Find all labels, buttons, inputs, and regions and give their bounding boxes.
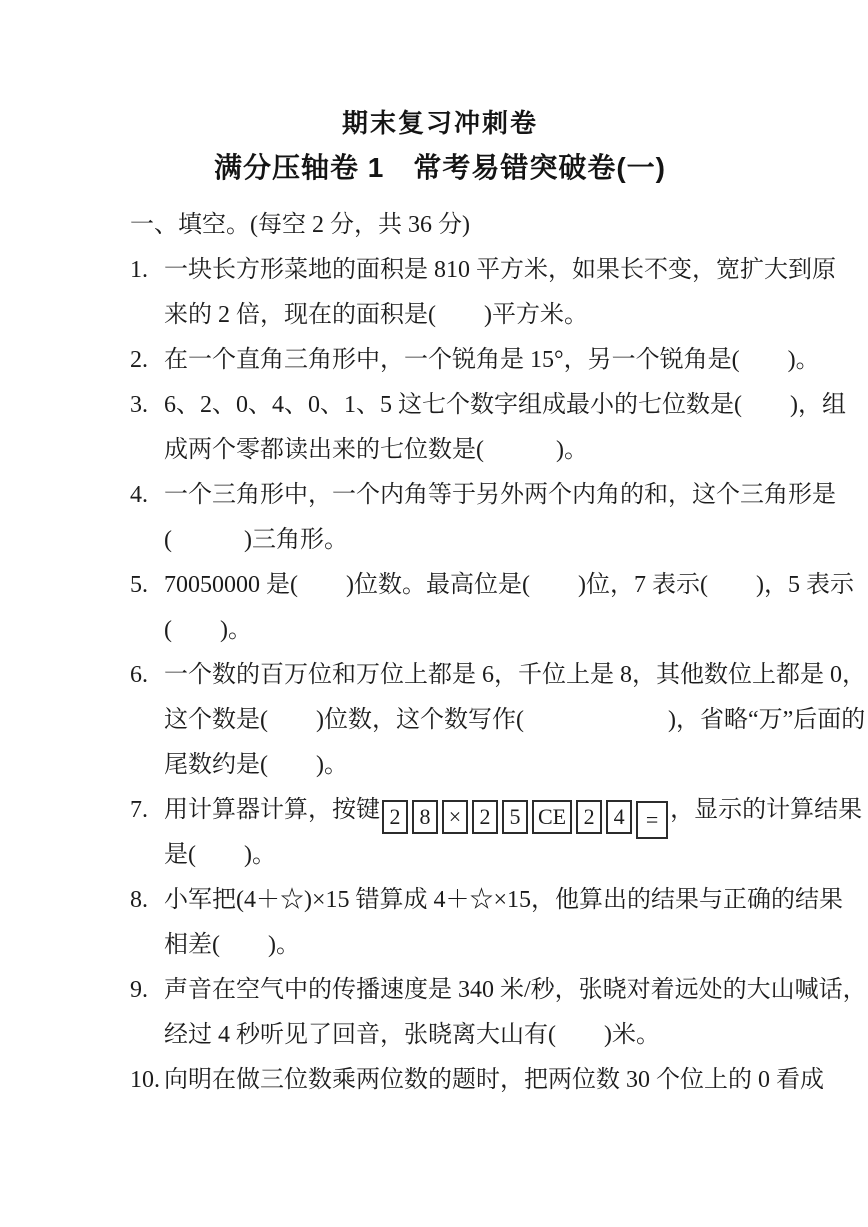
calculator-key: CE	[532, 800, 572, 834]
question-number: 3.	[130, 383, 164, 428]
question-item: 1.一块长方形菜地的面积是 810 平方米，如果长不变，宽扩大到原来的 2 倍，…	[130, 248, 750, 338]
question-text: 成两个零都读出来的七位数是( )。	[164, 437, 588, 463]
question-item: 10.向明在做三位数乘两位数的题时，把两位数 30 个位上的 0 看成	[130, 1058, 750, 1103]
calculator-key: 4	[606, 800, 632, 834]
exam-page: 期末复习冲刺卷 满分压轴卷 1 常考易错突破卷(一) 一、填空。(每空 2 分，…	[0, 0, 868, 1227]
question-first-line: 5.70050000 是( )位数。最高位是( )位，7 表示( )，5 表示	[130, 563, 750, 608]
calculator-key: 2	[576, 800, 602, 834]
question-text: 在一个直角三角形中，一个锐角是 15°，另一个锐角是( )。	[164, 347, 820, 373]
question-item: 8.小军把(4＋☆)×15 错算成 4＋☆×15，他算出的结果与正确的结果相差(…	[130, 878, 750, 968]
question-text: 经过 4 秒听见了回音，张晓离大山有( )米。	[164, 1022, 660, 1048]
question-number: 1.	[130, 248, 164, 293]
question-text: 一个数的百万位和万位上都是 6，千位上是 8，其他数位上都是 0，	[164, 662, 866, 688]
question-item: 6.一个数的百万位和万位上都是 6，千位上是 8，其他数位上都是 0，这个数是(…	[130, 653, 750, 788]
question-first-line: 9.声音在空气中的传播速度是 340 米/秒，张晓对着远处的大山喊话，	[130, 968, 750, 1013]
exam-subtitle: 满分压轴卷 1 常考易错突破卷(一)	[130, 152, 750, 184]
question-item: 7.用计算器计算，按键28×25CE24=，显示的计算结果是( )。	[130, 788, 750, 878]
calculator-key: =	[636, 801, 668, 839]
question-text: 来的 2 倍，现在的面积是( )平方米。	[164, 302, 588, 328]
calculator-key: 2	[382, 800, 408, 834]
question-list: 1.一块长方形菜地的面积是 810 平方米，如果长不变，宽扩大到原来的 2 倍，…	[130, 248, 750, 1103]
question-continuation-line: ( )三角形。	[130, 518, 750, 563]
question-number: 6.	[130, 653, 164, 698]
question-first-line: 1.一块长方形菜地的面积是 810 平方米，如果长不变，宽扩大到原	[130, 248, 750, 293]
question-text: 是( )。	[164, 842, 276, 868]
question-continuation-line: 经过 4 秒听见了回音，张晓离大山有( )米。	[130, 1013, 750, 1058]
question-text: 6、2、0、4、0、1、5 这七个数字组成最小的七位数是( )，组	[164, 392, 846, 418]
question-number: 10.	[130, 1058, 164, 1103]
question-first-line: 6.一个数的百万位和万位上都是 6，千位上是 8，其他数位上都是 0，	[130, 653, 750, 698]
calculator-key: 8	[412, 800, 438, 834]
question-continuation-line: 是( )。	[130, 833, 750, 878]
question-number: 4.	[130, 473, 164, 518]
question-first-line: 7.用计算器计算，按键28×25CE24=，显示的计算结果	[130, 788, 750, 833]
question-first-line: 10.向明在做三位数乘两位数的题时，把两位数 30 个位上的 0 看成	[130, 1058, 750, 1103]
question-text: ( )三角形。	[164, 527, 348, 553]
section-heading-fill-in-blanks: 一、填空。(每空 2 分，共 36 分)	[130, 202, 750, 248]
question-item: 4.一个三角形中，一个内角等于另外两个内角的和，这个三角形是( )三角形。	[130, 473, 750, 563]
question-item: 9.声音在空气中的传播速度是 340 米/秒，张晓对着远处的大山喊话，经过 4 …	[130, 968, 750, 1058]
question-text: 小军把(4＋☆)×15 错算成 4＋☆×15，他算出的结果与正确的结果	[164, 887, 843, 913]
question-item: 2.在一个直角三角形中，一个锐角是 15°，另一个锐角是( )。	[130, 338, 750, 383]
question-item: 3.6、2、0、4、0、1、5 这七个数字组成最小的七位数是( )，组成两个零都…	[130, 383, 750, 473]
question-continuation-line: 这个数是( )位数，这个数写作( )，省略“万”后面的	[130, 698, 750, 743]
calculator-key: 5	[502, 800, 528, 834]
question-continuation-line: 成两个零都读出来的七位数是( )。	[130, 428, 750, 473]
question-number: 8.	[130, 878, 164, 923]
question-text: 用计算器计算，按键	[164, 797, 380, 823]
question-text: 相差( )。	[164, 932, 300, 958]
calculator-key: 2	[472, 800, 498, 834]
question-text: 一个三角形中，一个内角等于另外两个内角的和，这个三角形是	[164, 482, 836, 508]
question-continuation-line: 尾数约是( )。	[130, 743, 750, 788]
question-first-line: 2.在一个直角三角形中，一个锐角是 15°，另一个锐角是( )。	[130, 338, 750, 383]
question-number: 2.	[130, 338, 164, 383]
question-text: 这个数是( )位数，这个数写作( )，省略“万”后面的	[164, 707, 865, 733]
question-first-line: 4.一个三角形中，一个内角等于另外两个内角的和，这个三角形是	[130, 473, 750, 518]
question-number: 7.	[130, 788, 164, 833]
question-text: ，显示的计算结果	[670, 797, 862, 823]
question-first-line: 8.小军把(4＋☆)×15 错算成 4＋☆×15，他算出的结果与正确的结果	[130, 878, 750, 923]
question-text: ( )。	[164, 617, 252, 643]
question-continuation-line: ( )。	[130, 608, 750, 653]
question-continuation-line: 相差( )。	[130, 923, 750, 968]
question-continuation-line: 来的 2 倍，现在的面积是( )平方米。	[130, 293, 750, 338]
question-text: 一块长方形菜地的面积是 810 平方米，如果长不变，宽扩大到原	[164, 257, 836, 283]
question-number: 9.	[130, 968, 164, 1013]
question-item: 5.70050000 是( )位数。最高位是( )位，7 表示( )，5 表示(…	[130, 563, 750, 653]
question-number: 5.	[130, 563, 164, 608]
question-text: 70050000 是( )位数。最高位是( )位，7 表示( )，5 表示	[164, 572, 854, 598]
exam-title: 期末复习冲刺卷	[130, 108, 750, 138]
calculator-key: ×	[442, 800, 468, 834]
question-first-line: 3.6、2、0、4、0、1、5 这七个数字组成最小的七位数是( )，组	[130, 383, 750, 428]
question-text: 声音在空气中的传播速度是 340 米/秒，张晓对着远处的大山喊话，	[164, 977, 867, 1003]
question-text: 尾数约是( )。	[164, 752, 348, 778]
question-text: 向明在做三位数乘两位数的题时，把两位数 30 个位上的 0 看成	[164, 1067, 824, 1093]
